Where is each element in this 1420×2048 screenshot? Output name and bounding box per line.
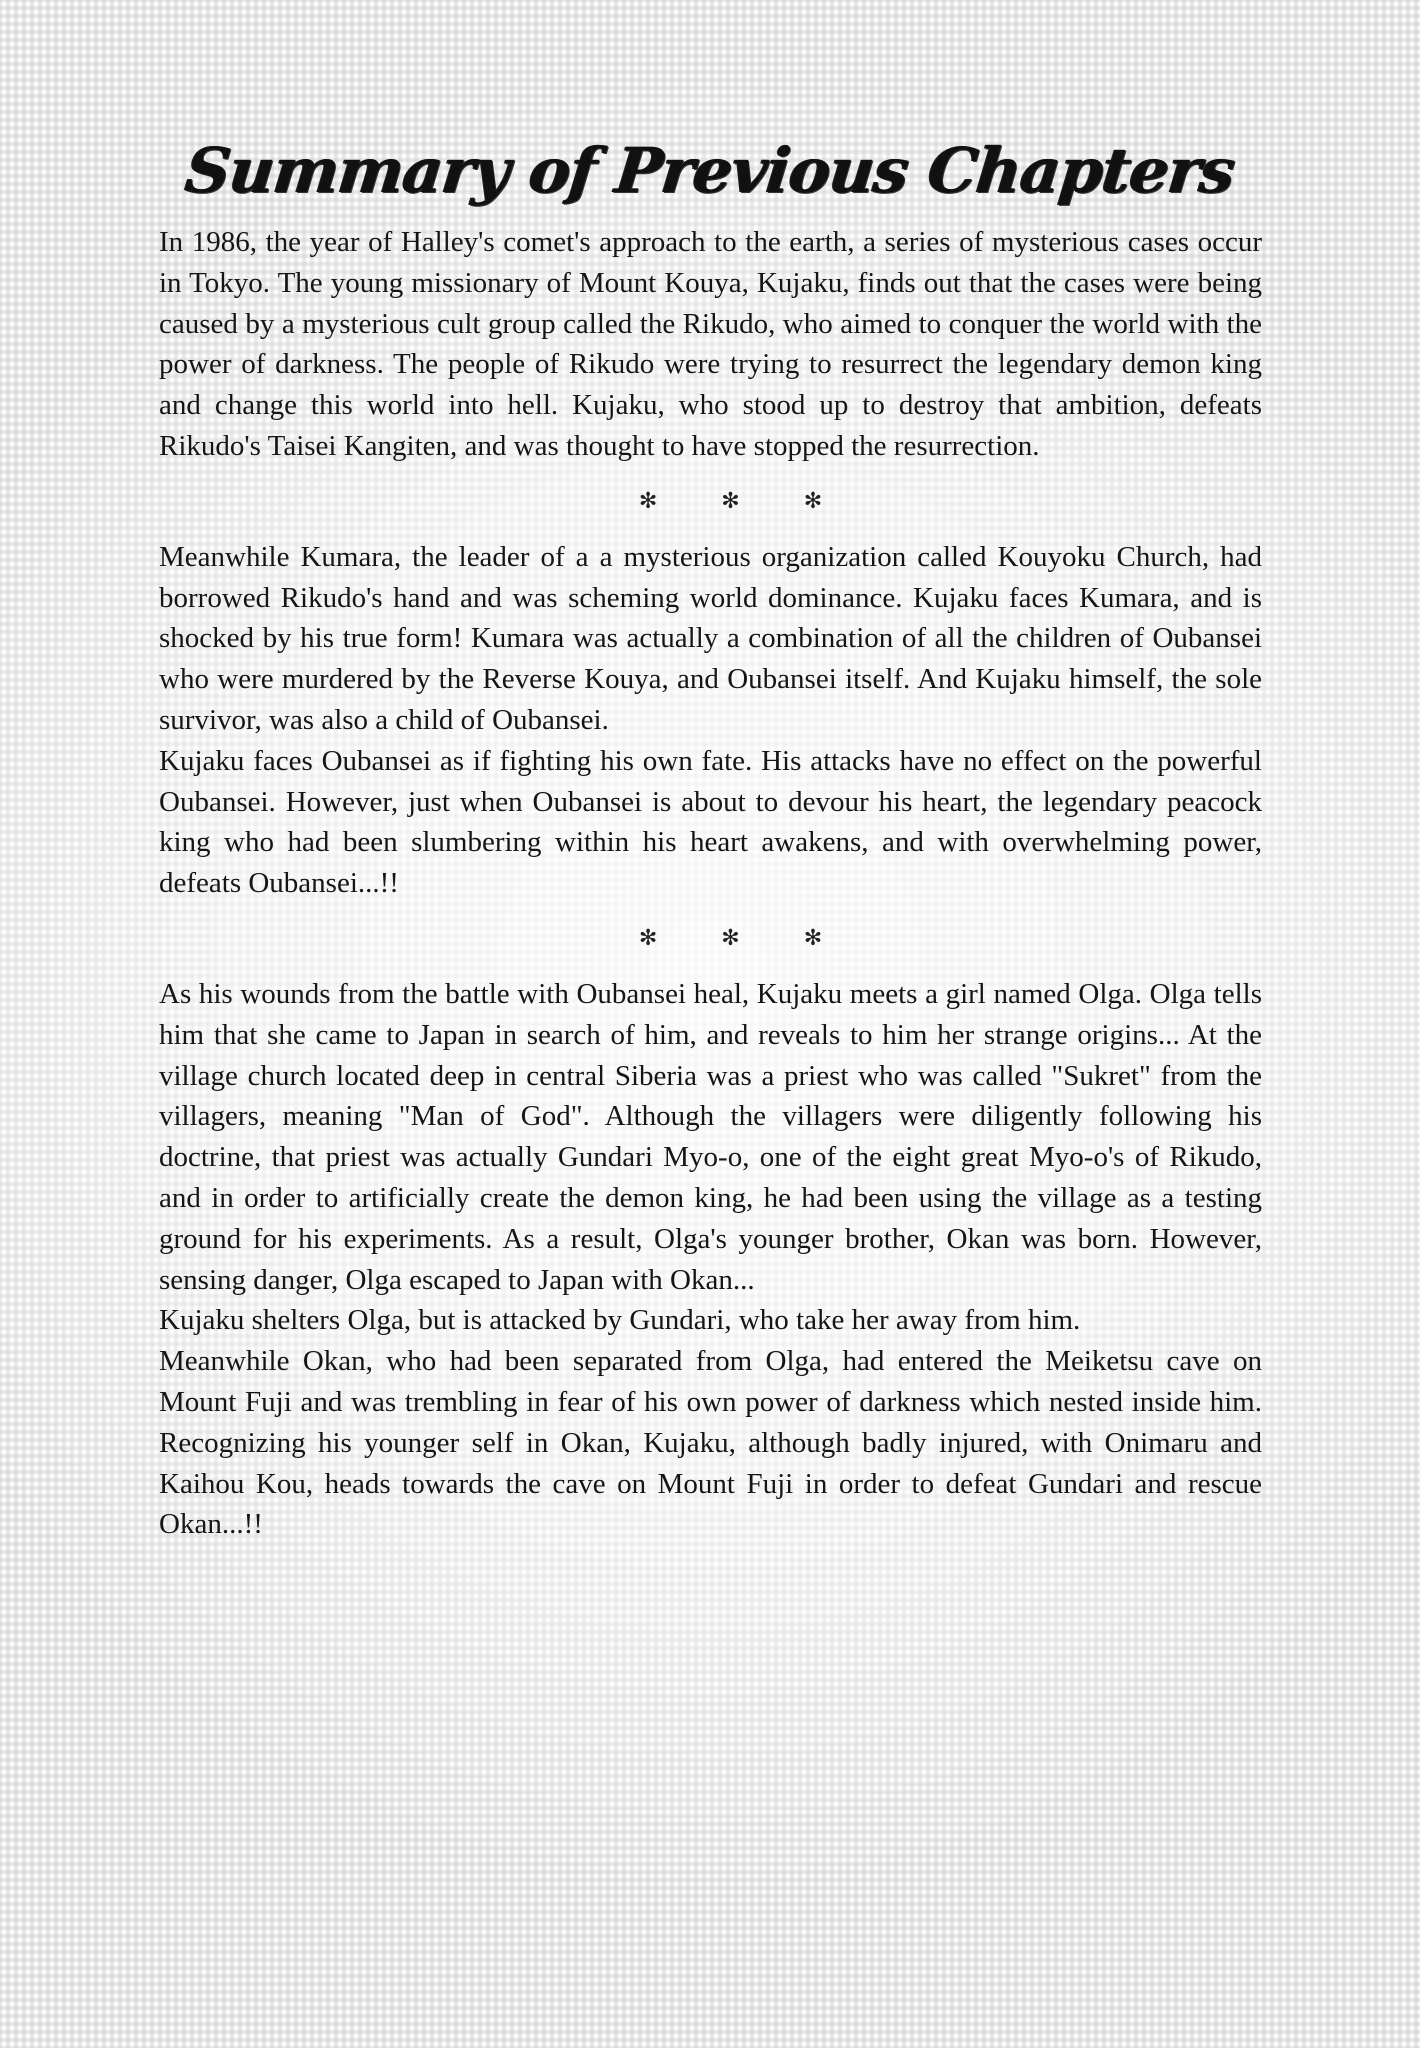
asterisk-icon: ✻	[639, 467, 657, 537]
summary-section-3: As his wounds from the battle with Ouban…	[159, 974, 1262, 1545]
summary-paragraph: In 1986, the year of Halley's comet's ap…	[159, 222, 1262, 467]
summary-paragraph: Meanwhile Okan, who had been separated f…	[159, 1341, 1262, 1545]
section-separator: ✻✻✻	[159, 904, 1262, 974]
asterisk-icon: ✻	[804, 904, 822, 974]
summary-paragraph: Kujaku faces Oubansei as if fighting his…	[159, 741, 1262, 904]
page-title: Summary of Previous Chapters	[0, 134, 1420, 207]
asterisk-icon: ✻	[721, 904, 739, 974]
summary-section-1: In 1986, the year of Halley's comet's ap…	[159, 222, 1262, 467]
summary-section-2: Meanwhile Kumara, the leader of a a myst…	[159, 537, 1262, 904]
summary-body: In 1986, the year of Halley's comet's ap…	[159, 222, 1262, 1545]
summary-paragraph: Kujaku shelters Olga, but is attacked by…	[159, 1300, 1262, 1341]
asterisk-icon: ✻	[721, 467, 739, 537]
summary-paragraph: Meanwhile Kumara, the leader of a a myst…	[159, 537, 1262, 741]
asterisk-icon: ✻	[639, 904, 657, 974]
summary-paragraph: As his wounds from the battle with Ouban…	[159, 974, 1262, 1300]
asterisk-icon: ✻	[804, 467, 822, 537]
section-separator: ✻✻✻	[159, 467, 1262, 537]
